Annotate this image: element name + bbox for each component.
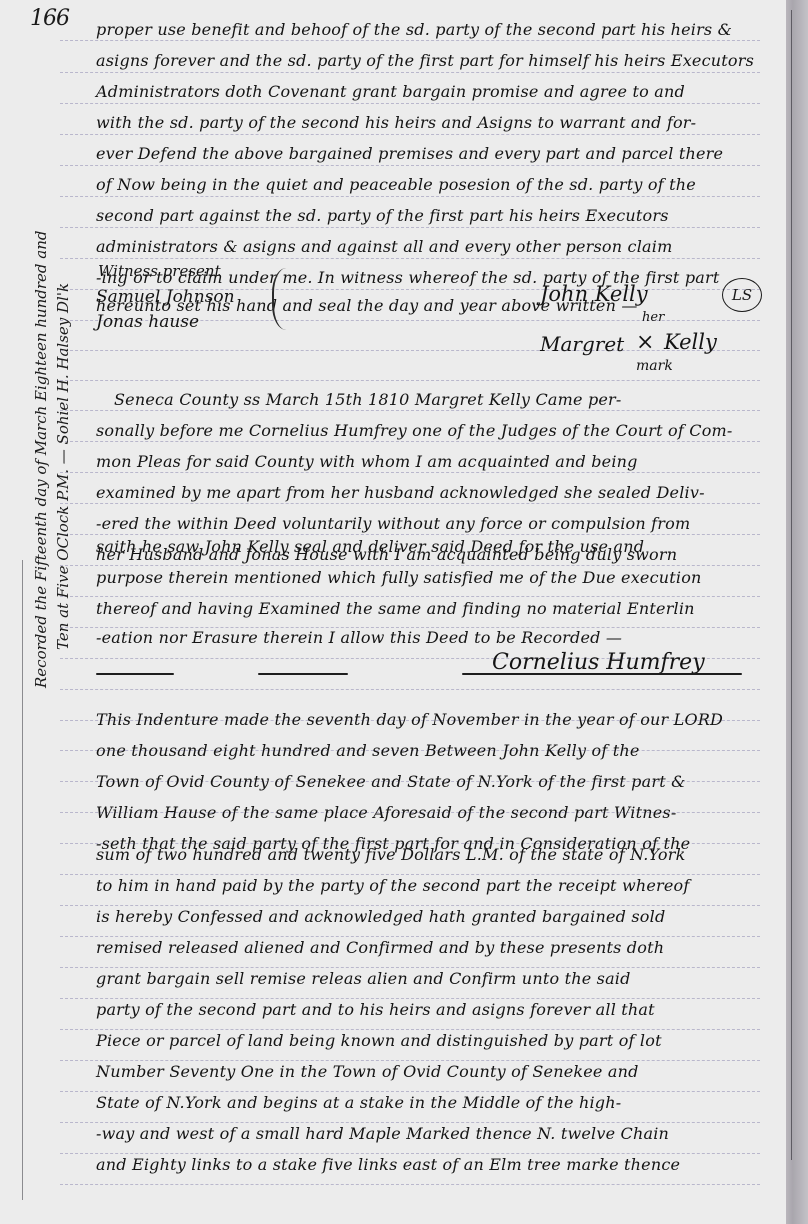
text-line: and Eighty links to a stake five links e… xyxy=(96,1155,680,1174)
text-line: to him in hand paid by the party of the … xyxy=(96,876,690,895)
book-gutter xyxy=(786,0,808,1224)
text-line: second part against the sd. party of the… xyxy=(96,206,669,225)
text-line: purpose therein mentioned which fully sa… xyxy=(96,568,702,587)
text-line: saith he saw John Kelly seal and deliver… xyxy=(96,537,644,556)
her-label: her xyxy=(642,310,664,325)
left-margin-rule xyxy=(22,560,23,1200)
flourish-mark xyxy=(272,268,308,330)
divider-rule xyxy=(462,673,742,675)
text-line: Town of Ovid County of Senekee and State… xyxy=(96,772,686,791)
divider-rule xyxy=(96,673,174,675)
text-line: Piece or parcel of land being known and … xyxy=(96,1031,662,1050)
divider-rule xyxy=(258,673,348,675)
text-line: party of the second part and to his heir… xyxy=(96,1000,655,1019)
text-line: Administrators doth Covenant grant barga… xyxy=(96,82,685,101)
wife-last-name: Kelly xyxy=(664,330,717,354)
margin-recording-note-line-1: Recorded the Fifteenth day of March Eigh… xyxy=(32,231,50,688)
page-number: 166 xyxy=(30,6,69,31)
text-line: is hereby Confessed and acknowledged hat… xyxy=(96,907,665,926)
mark-label: mark xyxy=(636,358,673,374)
judge-signature: Cornelius Humfrey xyxy=(492,650,705,675)
text-line: of Now being in the quiet and peaceable … xyxy=(96,175,696,194)
text-line: State of N.York and begins at a stake in… xyxy=(96,1093,621,1112)
gutter-fold-line xyxy=(791,10,792,1160)
witness-name: Samuel Johnson xyxy=(96,287,235,307)
text-line: ever Defend the above bargained premises… xyxy=(96,144,723,163)
text-line: William Hause of the same place Aforesai… xyxy=(96,803,676,822)
text-line: proper use benefit and behoof of the sd.… xyxy=(96,20,732,39)
text-line: with the sd. party of the second his hei… xyxy=(96,113,696,132)
text-line: remised released aliened and Confirmed a… xyxy=(96,938,664,957)
text-line: -eation nor Erasure therein I allow this… xyxy=(96,628,622,647)
text-line: thereof and having Examined the same and… xyxy=(96,599,695,618)
text-line: one thousand eight hundred and seven Bet… xyxy=(96,741,640,760)
text-line: grant bargain sell remise releas alien a… xyxy=(96,969,631,988)
mark-symbol: × xyxy=(636,330,654,355)
text-line: Number Seventy One in the Town of Ovid C… xyxy=(96,1062,639,1081)
ledger-page: 166 Recorded the Fifteenth day of March … xyxy=(0,0,790,1224)
witness-name: Jonas hause xyxy=(96,312,199,332)
text-line: Seneca County ss March 15th 1810 Margret… xyxy=(114,390,622,409)
text-line: examined by me apart from her husband ac… xyxy=(96,483,705,502)
seal-ls: LS xyxy=(722,278,762,312)
text-line: -way and west of a small hard Maple Mark… xyxy=(96,1124,669,1143)
witness-heading: Witness present xyxy=(98,262,221,280)
margin-recording-note-line-2: Ten at Five OClock P.M. — Sohiel H. Hals… xyxy=(54,283,72,650)
text-line: -ered the within Deed voluntarily withou… xyxy=(96,514,690,533)
text-line: asigns forever and the sd. party of the … xyxy=(96,51,754,70)
wife-first-name: Margret xyxy=(540,332,624,356)
grantor-signature: John Kelly xyxy=(540,282,648,306)
text-line: mon Pleas for said County with whom I am… xyxy=(96,452,638,471)
text-line: sonally before me Cornelius Humfrey one … xyxy=(96,421,733,440)
text-line: sum of two hundred and twenty five Dolla… xyxy=(96,845,686,864)
text-line: This Indenture made the seventh day of N… xyxy=(96,710,723,729)
text-line: administrators & asigns and against all … xyxy=(96,237,672,256)
